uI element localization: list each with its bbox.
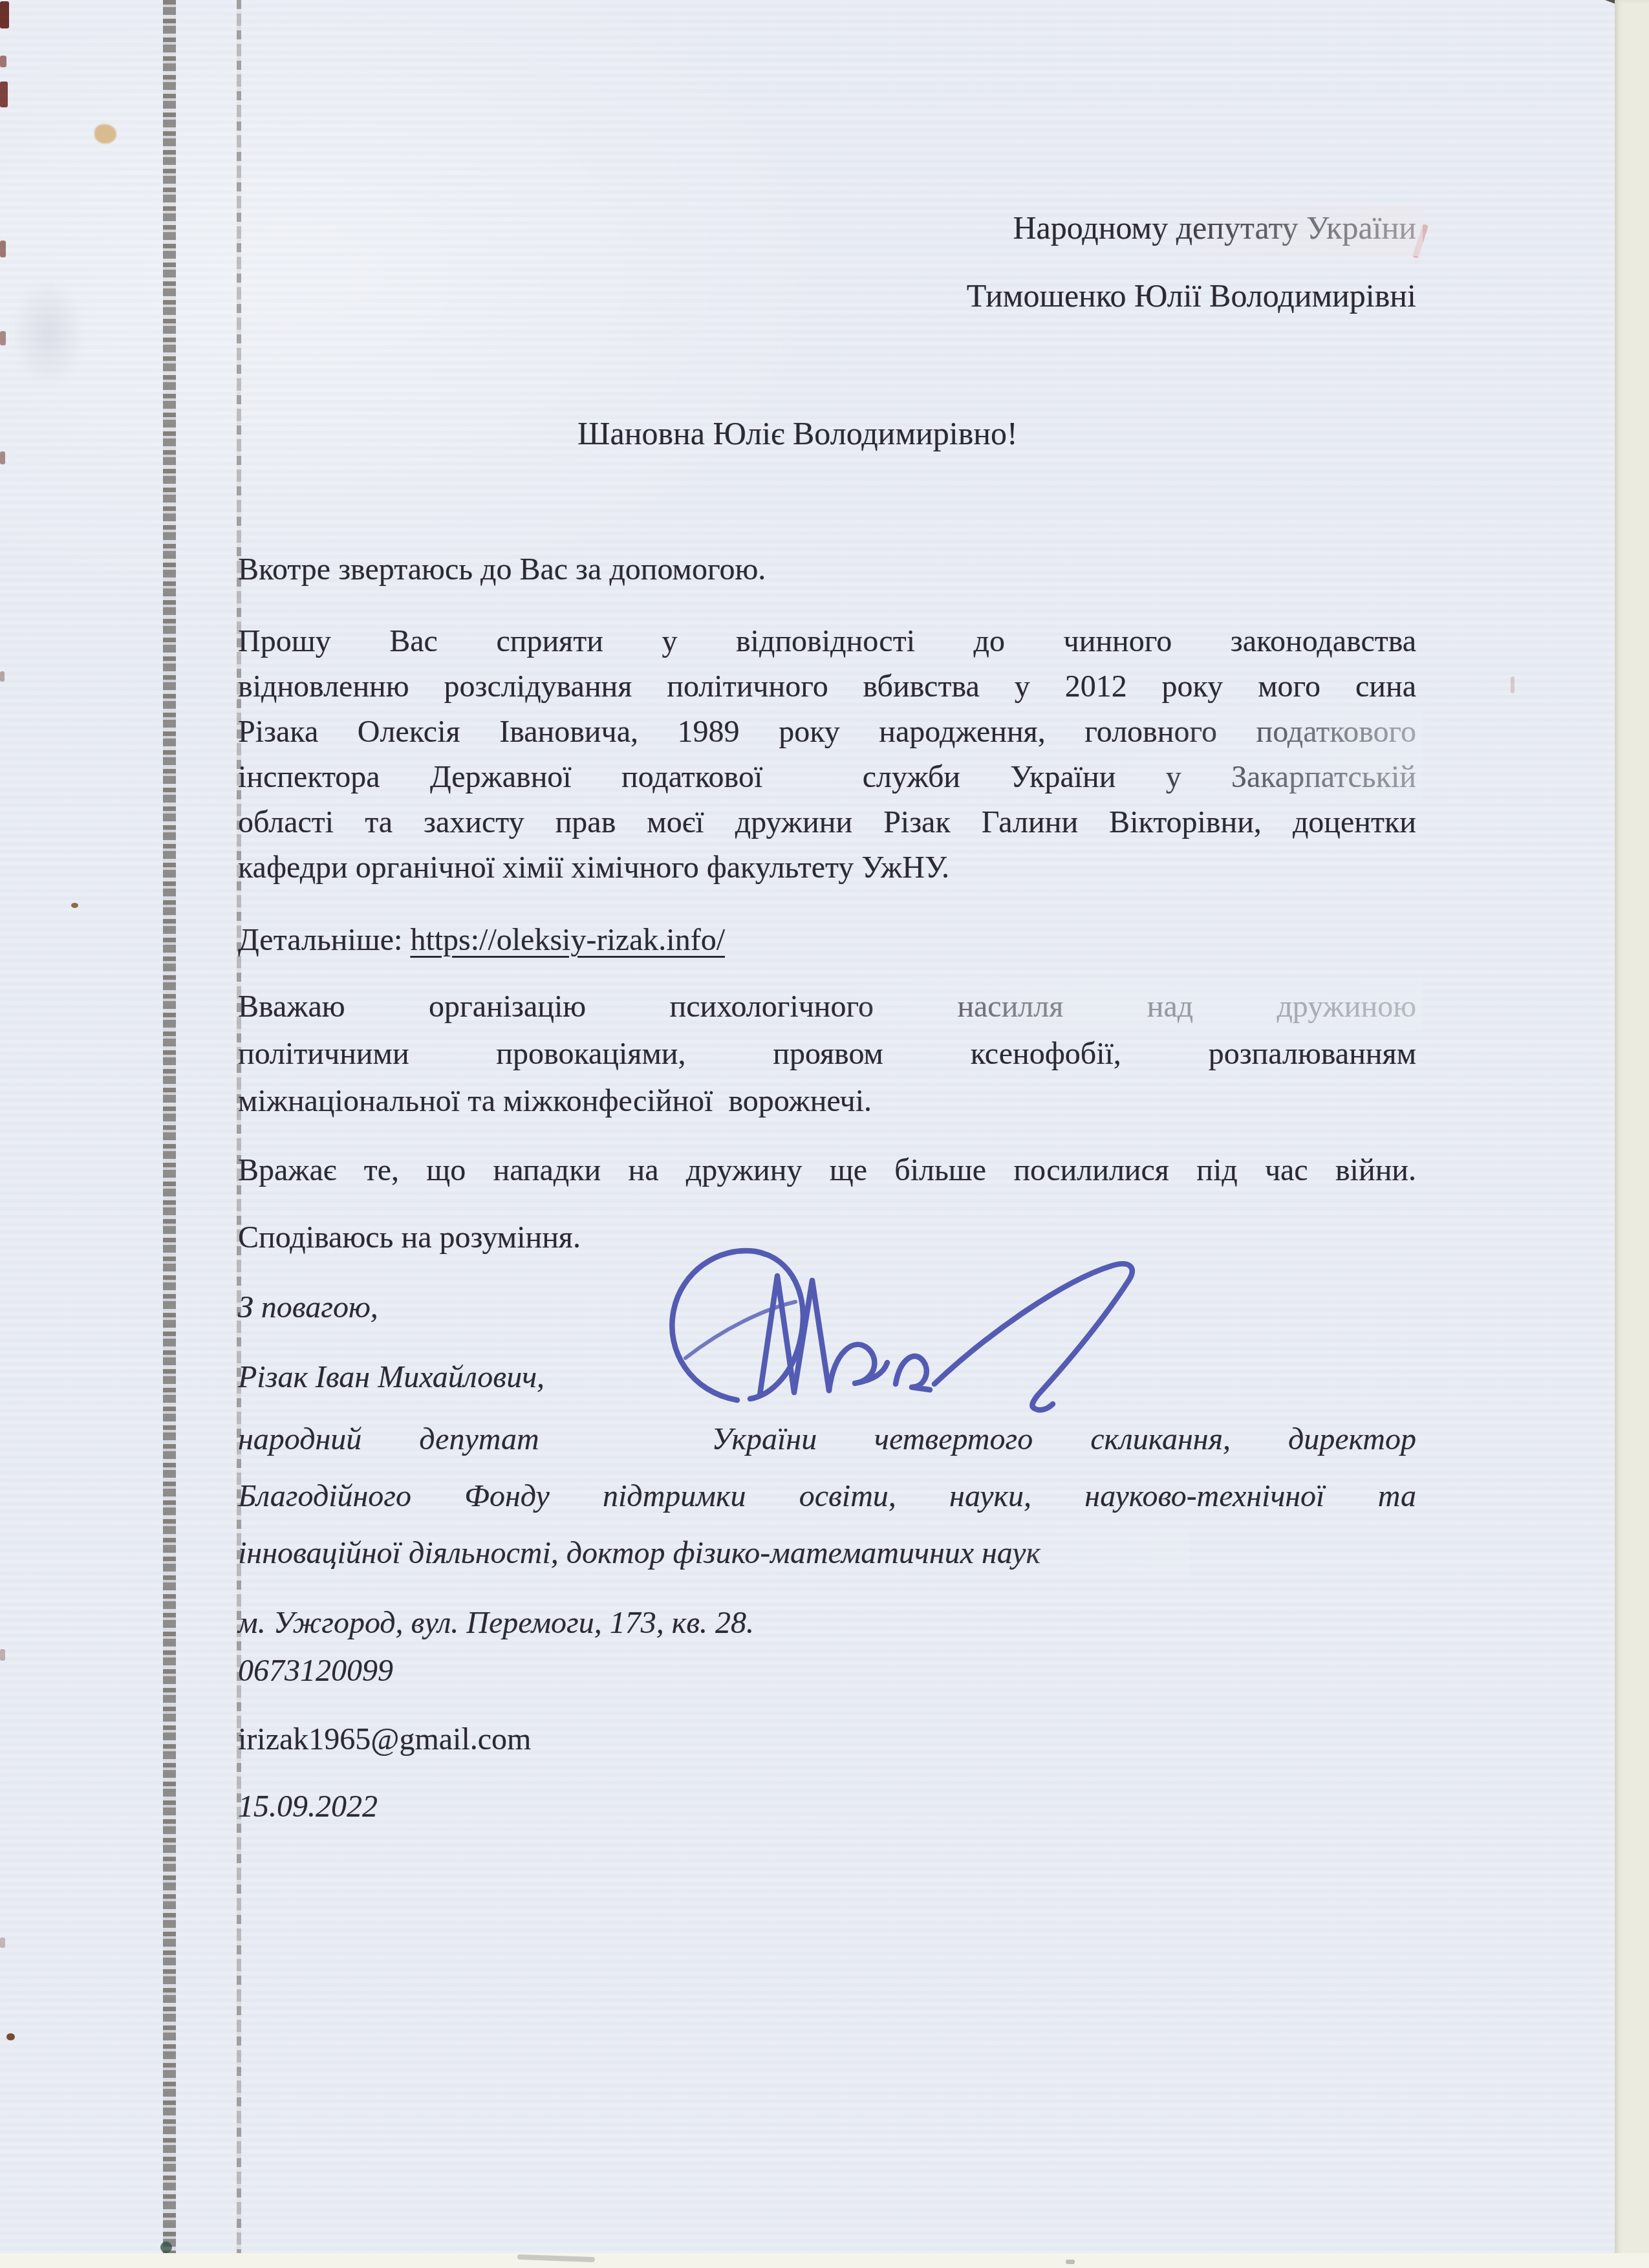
paper-edge-right (1615, 0, 1649, 2268)
signer-title-line: народний депутат України четвертого скли… (238, 1420, 1416, 1459)
paper-edge-bottom (0, 2253, 1649, 2268)
bottom-streak (1066, 2260, 1075, 2264)
signer-phone: 0673120099 (238, 1652, 1416, 1690)
pink-mark (1511, 676, 1514, 693)
letter-page: Народному депутату України Тимошенко Юлі… (0, 0, 1649, 2268)
signer-title-line: Благодійного Фонду підтримки освіти, нау… (238, 1477, 1416, 1516)
signature-ink (640, 1226, 1209, 1420)
details-line: Детальніше: https://oleksiy-rizak.info/ (238, 921, 1416, 960)
body-paragraph-line: кафедри органічної хімії хімічного факул… (238, 848, 1416, 887)
salutation-text: Шановна Юліє Володимирівно! (577, 414, 1418, 453)
smudge (13, 278, 84, 388)
signer-address: м. Ужгород, вул. Перемоги, 173, кв. 28. (238, 1604, 1416, 1643)
edge-mark (0, 671, 5, 682)
edge-mark (0, 1, 9, 28)
speck (71, 903, 78, 908)
signer-title-line: інноваційної діяльності, доктор фізико-м… (238, 1534, 1416, 1573)
details-link: https://oleksiy-rizak.info/ (410, 923, 725, 957)
body-paragraph-line: Вражає те, що нападки на дружину ще біль… (238, 1151, 1416, 1190)
speck (6, 2033, 15, 2040)
edge-mark (0, 81, 8, 107)
fold-line-thin (237, 0, 241, 2253)
body-paragraph-line: політичними провокаціями, проявом ксеноф… (238, 1035, 1416, 1074)
body-paragraph-line: області та захисту прав моєї дружини Різ… (238, 803, 1416, 842)
body-paragraph-line: відновленню розслідування політичного вб… (238, 667, 1416, 706)
edge-mark (0, 56, 6, 67)
edge-mark (0, 331, 6, 345)
fade-overlay (841, 982, 1423, 1031)
letter-date: 15.09.2022 (238, 1787, 1416, 1826)
body-paragraph-line: міжнаціональної та міжконфесійної ворожн… (238, 1082, 1416, 1121)
edge-mark (0, 241, 6, 257)
edge-mark (0, 1938, 5, 1948)
body-paragraph-line: Прошу Вас сприяти у відповідності до чин… (238, 622, 1416, 661)
signer-email: irizak1965@gmail.com (238, 1720, 1416, 1759)
stain (94, 124, 116, 144)
fade-overlay (1138, 206, 1423, 256)
fade-overlay (1099, 753, 1423, 801)
fade-overlay (1009, 1529, 1190, 1575)
edge-mark (0, 1649, 5, 1661)
edge-mark (0, 451, 5, 464)
intro-line: Вкотре звертаюсь до Вас за допомогою. (238, 550, 1416, 589)
fade-overlay (1164, 707, 1423, 754)
ink-dot (160, 2241, 172, 2253)
details-label: Детальніше: (238, 923, 402, 957)
recipient-name: Тимошенко Юлії Володимирівні (744, 276, 1416, 315)
fold-line-thick (163, 0, 176, 2253)
